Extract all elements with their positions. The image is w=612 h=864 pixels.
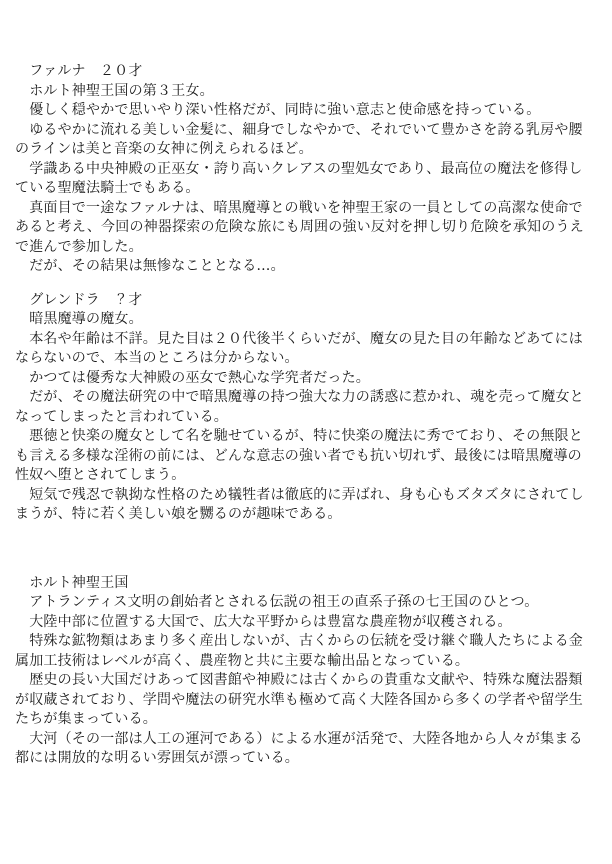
text-line: あると考え、今回の神器探索の危険な旅にも周囲の強い反対を押し切り危険を承知のうえ xyxy=(15,218,600,238)
section-grendra-profile: グレンドラ ？才 暗黒魔導の魔女。 本名や年齢は不詳。見た目は２０代後半くらいだ… xyxy=(15,291,600,525)
text-line: ている聖魔法騎士でもある。 xyxy=(15,179,600,199)
text-line: も言える多様な淫術の前には、どんな意志の強い者でも抗い切れず、最後には暗黒魔導の xyxy=(15,447,600,467)
text-line: 暗黒魔導の魔女。 xyxy=(15,310,600,330)
text-line: 真面目で一途なファルナは、暗黒魔導との戦いを神聖王家の一員としての高潔な使命で xyxy=(15,199,600,219)
text-line: だが、その結果は無惨なこととなる…。 xyxy=(15,257,600,277)
text-line: 大河（その一部は人工の運河である）による水運が活発で、大陸各地から人々が集まる xyxy=(15,730,600,750)
text-line: 性奴へ堕とされてしまう。 xyxy=(15,466,600,486)
text-line: が収蔵されており、学問や魔法の研究水準も極めて高く大陸各国から多くの学者や留学生 xyxy=(15,691,600,711)
text-line: のラインは美と音楽の女神に例えられるほど。 xyxy=(15,140,600,160)
text-line: 本名や年齢は不詳。見た目は２０代後半くらいだが、魔女の見た目の年齢などあてには xyxy=(15,330,600,350)
text-line: だが、その魔法研究の中で暗黒魔導の持つ強大な力の誘惑に惹かれ、魂を売って魔女と xyxy=(15,388,600,408)
text-line: 特殊な鉱物類はあまり多く産出しないが、古くからの伝統を受け継ぐ職人たちによる金 xyxy=(15,632,600,652)
text-line: なってしまったと言われている。 xyxy=(15,408,600,428)
text-line: 大陸中部に位置する大国で、広大な平野からは豊富な農産物が収穫される。 xyxy=(15,613,600,633)
text-line: 悪徳と快楽の魔女として名を馳せているが、特に快楽の魔法に秀でており、その無限と xyxy=(15,427,600,447)
text-line: で進んで参加した。 xyxy=(15,238,600,258)
text-line: アトランティス文明の創始者とされる伝説の祖王の直系子孫の七王国のひとつ。 xyxy=(15,593,600,613)
section-holt-kingdom: ホルト神聖王国 アトランティス文明の創始者とされる伝説の祖王の直系子孫の七王国の… xyxy=(15,574,600,769)
text-line: かつては優秀な大神殿の巫女で熱心な学究者だった。 xyxy=(15,369,600,389)
section-farna-profile: ファルナ ２０才 ホルト神聖王国の第３王女。 優しく穏やかで思いやり深い性格だが… xyxy=(15,62,600,277)
document-page: ファルナ ２０才 ホルト神聖王国の第３王女。 優しく穏やかで思いやり深い性格だが… xyxy=(0,0,612,864)
text-line: たちが集まっている。 xyxy=(15,710,600,730)
text-line: ファルナ ２０才 xyxy=(15,62,600,82)
text-line: ホルト神聖王国の第３王女。 xyxy=(15,82,600,102)
text-line: 短気で残忍で執拗な性格のため犠牲者は徹底的に弄ばれ、身も心もズタズタにされてし xyxy=(15,486,600,506)
text-line: 歴史の長い大国だけあって図書館や神殿には古くからの貴重な文献や、特殊な魔法器類 xyxy=(15,671,600,691)
text-line: ホルト神聖王国 xyxy=(15,574,600,594)
text-line: まうが、特に若く美しい娘を嬲るのが趣味である。 xyxy=(15,505,600,525)
text-line: 属加工技術はレベルが高く、農産物と共に主要な輸出品となっている。 xyxy=(15,652,600,672)
text-line: ゆるやかに流れる美しい金髪に、細身でしなやかで、それでいて豊かさを誇る乳房や腰 xyxy=(15,121,600,141)
text-line: 優しく穏やかで思いやり深い性格だが、同時に強い意志と使命感を持っている。 xyxy=(15,101,600,121)
text-line: ならないので、本当のところは分からない。 xyxy=(15,349,600,369)
text-line: 学識ある中央神殿の正巫女・誇り高いクレアスの聖処女であり、最高位の魔法を修得し xyxy=(15,160,600,180)
text-line: 都には開放的な明るい雰囲気が漂っている。 xyxy=(15,749,600,769)
text-line: グレンドラ ？才 xyxy=(15,291,600,311)
